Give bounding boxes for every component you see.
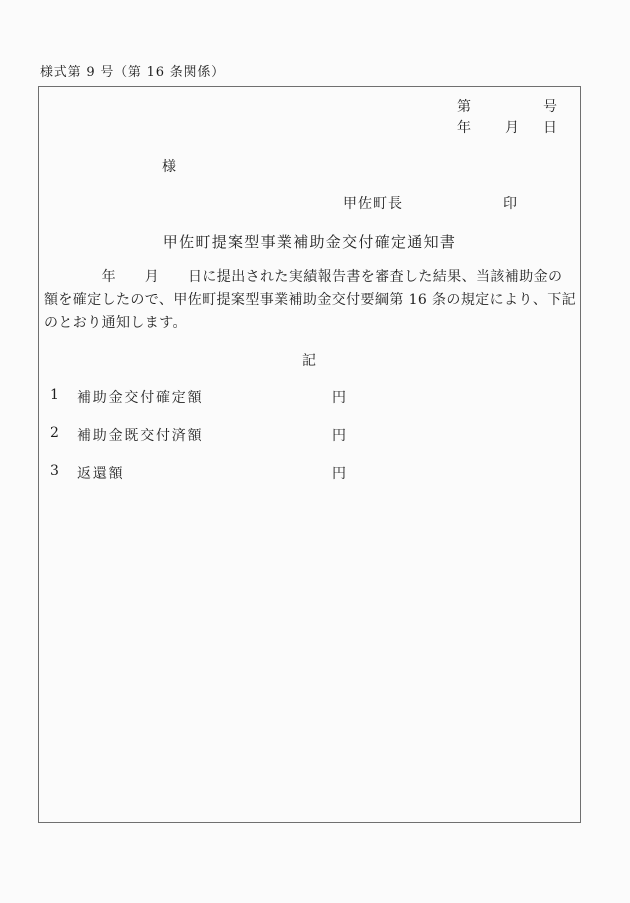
item-number: 3: [50, 463, 59, 479]
item-number: 2: [50, 425, 59, 441]
item-label: 返還額: [77, 463, 124, 483]
list-heading: 記: [39, 350, 580, 370]
item-row: 3 返還額 円: [39, 463, 580, 483]
document-page: 様式第 9 号（第 16 条関係） 第 号 年 月 日 様 甲佐町長 印 甲佐町…: [0, 0, 630, 903]
item-row: 1 補助金交付確定額 円: [39, 387, 580, 407]
body-line: 年 月 日に提出された実績報告書を審査した結果、当該補助金の: [44, 266, 578, 289]
form-number-label: 様式第 9 号（第 16 条関係）: [40, 61, 225, 80]
seal-placeholder: 印: [503, 193, 517, 213]
item-unit: 円: [332, 387, 346, 407]
doc-number-suffix: 号: [543, 96, 557, 116]
item-row: 2 補助金既交付済額 円: [39, 425, 580, 445]
item-label: 補助金交付確定額: [77, 387, 203, 407]
date-year-label: 年: [457, 117, 471, 137]
sender-title: 甲佐町長: [343, 193, 403, 213]
item-unit: 円: [332, 463, 346, 483]
item-number: 1: [50, 387, 59, 403]
body-paragraph: 年 月 日に提出された実績報告書を審査した結果、当該補助金の 額を確定したので、…: [44, 266, 578, 335]
doc-number-prefix: 第: [457, 96, 471, 116]
document-frame: 第 号 年 月 日 様 甲佐町長 印 甲佐町提案型事業補助金交付確定通知書 年 …: [38, 86, 581, 823]
addressee-honorific: 様: [162, 156, 177, 176]
date-month-label: 月: [505, 117, 519, 137]
date-day-label: 日: [543, 117, 557, 137]
body-line: 額を確定したので、甲佐町提案型事業補助金交付要綱第 16 条の規定により、下記: [44, 289, 578, 312]
document-title: 甲佐町提案型事業補助金交付確定通知書: [39, 231, 580, 252]
item-unit: 円: [332, 425, 346, 445]
item-label: 補助金既交付済額: [77, 425, 203, 445]
body-line: のとおり通知します。: [44, 312, 578, 335]
